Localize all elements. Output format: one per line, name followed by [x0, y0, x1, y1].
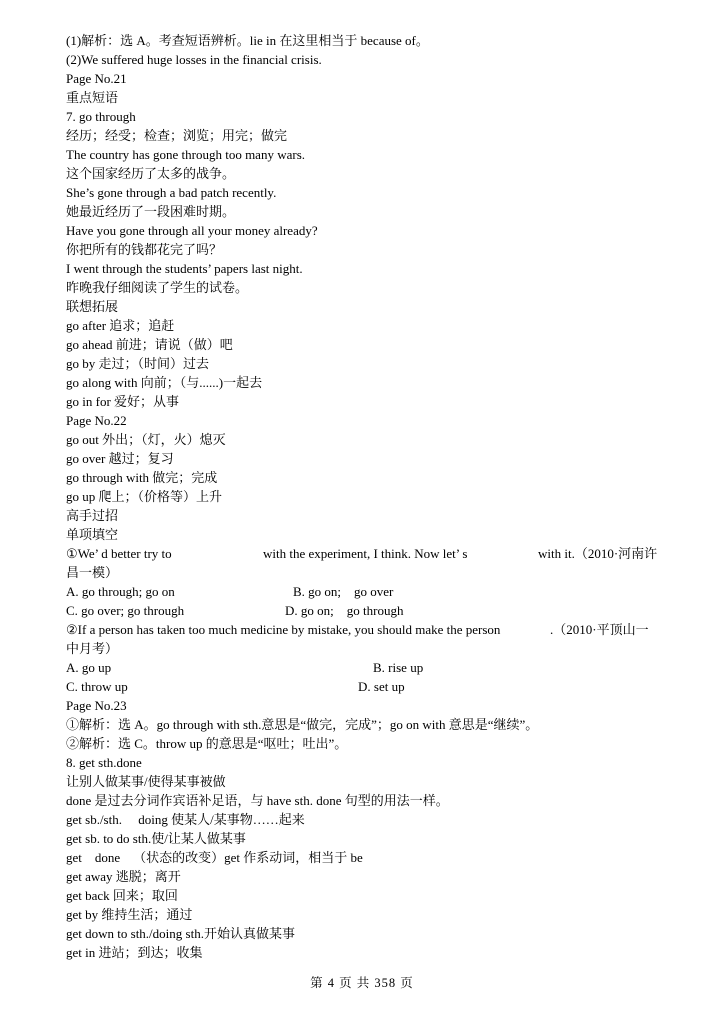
text-segment: go over 越过；复习: [66, 449, 174, 468]
text-segment: with the experiment, I think. Now let’ s: [263, 544, 467, 563]
page-number-text: 第 4 页 共 358 页: [310, 976, 414, 990]
text-line: ②解析：选 C。throw up 的意思是“呕吐；吐出”。: [66, 734, 678, 753]
text-line: 这个国家经历了太多的战争。: [66, 164, 678, 183]
text-line: C. go over; go throughD. go on; go throu…: [66, 601, 678, 620]
text-line: done 是过去分词作宾语补足语，与 have sth. done 句型的用法一…: [66, 791, 678, 810]
text-line: 8. get sth.done: [66, 753, 678, 772]
text-segment: get down to sth./doing sth.开始认真做某事: [66, 924, 295, 943]
text-line: 7. go through: [66, 107, 678, 126]
text-line: ①解析：选 A。go through with sth.意思是“做完，完成”；g…: [66, 715, 678, 734]
text-segment: ②If a person has taken too much medicine…: [66, 620, 500, 639]
text-line: (1)解析：选 A。考查短语辨析。lie in 在这里相当于 because o…: [66, 31, 678, 50]
text-line: Have you gone through all your money alr…: [66, 221, 678, 240]
text-segment: 联想拓展: [66, 297, 118, 316]
text-line: ①We’ d better try towith the experiment,…: [66, 544, 678, 563]
text-segment: go after 追求；追赶: [66, 316, 174, 335]
text-segment: A. go through; go on: [66, 582, 175, 601]
text-segment: 重点短语: [66, 88, 118, 107]
text-line: 她最近经历了一段困难时期。: [66, 202, 678, 221]
text-segment: 你把所有的钱都花完了吗？: [66, 240, 222, 259]
text-segment: (1)解析：选 A。考查短语辨析。lie in 在这里相当于 because o…: [66, 31, 429, 50]
text-line: go in for 爱好；从事: [66, 392, 678, 411]
text-line: 让别人做某事/使得某事被做: [66, 772, 678, 791]
text-line: Page No.21: [66, 69, 678, 88]
text-line: 联想拓展: [66, 297, 678, 316]
text-segment: 这个国家经历了太多的战争。: [66, 164, 235, 183]
text-segment: go by 走过；（时间）过去: [66, 354, 209, 373]
text-line: get by 维持生活；通过: [66, 905, 678, 924]
text-line: get done （状态的改变）get 作系动词，相当于 be: [66, 848, 678, 867]
text-line: go by 走过；（时间）过去: [66, 354, 678, 373]
text-segment: C. go over; go through: [66, 601, 184, 620]
text-line: Page No.22: [66, 411, 678, 430]
text-line: 单项填空: [66, 525, 678, 544]
text-segment: 经历；经受；检查；浏览；用完；做完: [66, 126, 287, 145]
text-segment: Page No.23: [66, 696, 127, 715]
text-segment: Page No.21: [66, 69, 127, 88]
text-line: The country has gone through too many wa…: [66, 145, 678, 164]
text-segment: done 是过去分词作宾语补足语，与 have sth. done 句型的用法一…: [66, 791, 449, 810]
text-segment: 昨晚我仔细阅读了学生的试卷。: [66, 278, 248, 297]
text-segment: get sb. to do sth.使/让某人做某事: [66, 829, 246, 848]
text-segment: go ahead 前进；请说（做）吧: [66, 335, 233, 354]
text-segment: 7. go through: [66, 107, 136, 126]
text-line: get in 进站；到达；收集: [66, 943, 678, 962]
text-line: A. go through; go onB. go on; go over: [66, 582, 678, 601]
text-segment: 高手过招: [66, 506, 118, 525]
text-segment: D. set up: [358, 677, 405, 696]
text-line: 昌一模）: [66, 563, 678, 582]
text-line: go over 越过；复习: [66, 449, 678, 468]
text-line: go up 爬上；（价格等）上升: [66, 487, 678, 506]
text-segment: ①We’ d better try to: [66, 544, 172, 563]
text-segment: She’s gone through a bad patch recently.: [66, 183, 276, 202]
text-line: get down to sth./doing sth.开始认真做某事: [66, 924, 678, 943]
text-line: 你把所有的钱都花完了吗？: [66, 240, 678, 259]
text-line: 重点短语: [66, 88, 678, 107]
text-line: go ahead 前进；请说（做）吧: [66, 335, 678, 354]
text-line: She’s gone through a bad patch recently.: [66, 183, 678, 202]
text-segment: go through with 做完；完成: [66, 468, 217, 487]
text-segment: D. go on; go through: [285, 601, 403, 620]
text-segment: .（2010·平顶山一: [550, 620, 649, 639]
text-segment: with it.（2010·河南许: [538, 544, 657, 563]
text-line: go through with 做完；完成: [66, 468, 678, 487]
text-segment: 她最近经历了一段困难时期。: [66, 202, 235, 221]
text-segment: get sb./sth. doing 使某人/某事物……起来: [66, 810, 305, 829]
text-line: get away 逃脱；离开: [66, 867, 678, 886]
text-segment: 让别人做某事/使得某事被做: [66, 772, 226, 791]
text-segment: get done （状态的改变）get 作系动词，相当于 be: [66, 848, 363, 867]
text-line: get back 回来；取回: [66, 886, 678, 905]
text-line: (2)We suffered huge losses in the financ…: [66, 50, 678, 69]
text-line: go after 追求；追赶: [66, 316, 678, 335]
text-segment: get by 维持生活；通过: [66, 905, 192, 924]
text-line: 中月考）: [66, 639, 678, 658]
text-line: ②If a person has taken too much medicine…: [66, 620, 678, 639]
text-segment: (2)We suffered huge losses in the financ…: [66, 50, 322, 69]
text-segment: get away 逃脱；离开: [66, 867, 181, 886]
text-segment: ②解析：选 C。throw up 的意思是“呕吐；吐出”。: [66, 734, 347, 753]
text-line: I went through the students’ papers last…: [66, 259, 678, 278]
text-segment: 中月考）: [66, 639, 118, 658]
document-body: (1)解析：选 A。考查短语辨析。lie in 在这里相当于 because o…: [66, 31, 678, 962]
text-segment: go along with 向前；（与......)一起去: [66, 373, 262, 392]
text-segment: Page No.22: [66, 411, 127, 430]
text-line: 昨晚我仔细阅读了学生的试卷。: [66, 278, 678, 297]
page-footer: 第 4 页 共 358 页: [0, 973, 724, 991]
text-segment: The country has gone through too many wa…: [66, 145, 305, 164]
text-segment: A. go up: [66, 658, 111, 677]
text-segment: go out 外出；（灯，火）熄灭: [66, 430, 226, 449]
text-segment: Have you gone through all your money alr…: [66, 221, 318, 240]
text-segment: 单项填空: [66, 525, 118, 544]
text-segment: ①解析：选 A。go through with sth.意思是“做完，完成”；g…: [66, 715, 538, 734]
text-segment: go up 爬上；（价格等）上升: [66, 487, 222, 506]
text-segment: I went through the students’ papers last…: [66, 259, 303, 278]
document-page: (1)解析：选 A。考查短语辨析。lie in 在这里相当于 because o…: [0, 0, 724, 1024]
text-line: get sb. to do sth.使/让某人做某事: [66, 829, 678, 848]
text-line: 高手过招: [66, 506, 678, 525]
text-segment: go in for 爱好；从事: [66, 392, 179, 411]
text-segment: C. throw up: [66, 677, 128, 696]
text-line: 经历；经受；检查；浏览；用完；做完: [66, 126, 678, 145]
text-line: get sb./sth. doing 使某人/某事物……起来: [66, 810, 678, 829]
text-line: C. throw upD. set up: [66, 677, 678, 696]
text-segment: get in 进站；到达；收集: [66, 943, 203, 962]
text-segment: B. go on; go over: [293, 582, 393, 601]
text-segment: B. rise up: [373, 658, 423, 677]
text-line: go along with 向前；（与......)一起去: [66, 373, 678, 392]
text-segment: 8. get sth.done: [66, 753, 142, 772]
text-segment: get back 回来；取回: [66, 886, 178, 905]
text-line: A. go upB. rise up: [66, 658, 678, 677]
text-segment: 昌一模）: [66, 563, 118, 582]
text-line: Page No.23: [66, 696, 678, 715]
text-line: go out 外出；（灯，火）熄灭: [66, 430, 678, 449]
